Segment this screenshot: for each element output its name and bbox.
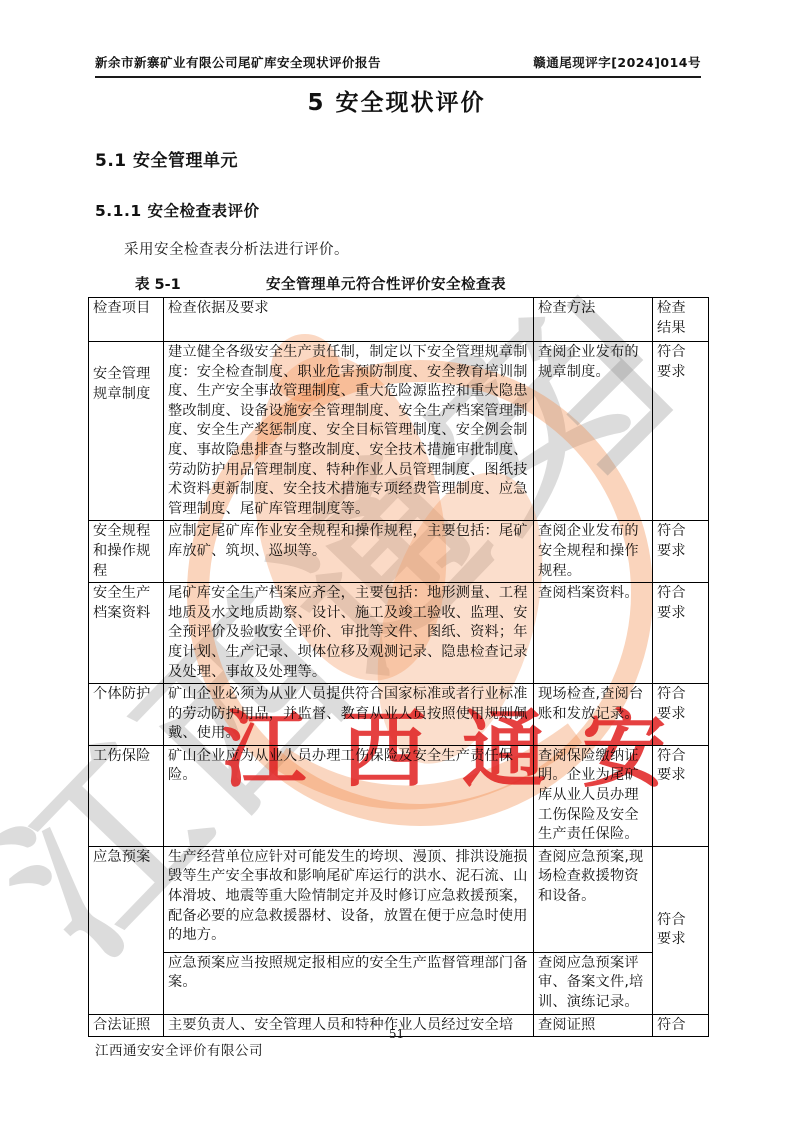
result-cell: 符合要求 <box>653 745 709 846</box>
col-header-requirement: 检查依据及要求 <box>164 298 534 342</box>
col-header-method: 检查方法 <box>534 298 653 342</box>
requirement-cell: 尾矿库安全生产档案应齐全，主要包括：地形测量、工程地质及水文地质勘察、设计、施工… <box>164 583 534 684</box>
method-cell: 现场检查,查阅台账和发放记录。 <box>534 684 653 746</box>
table-row: 安全规程和操作规程 应制定尾矿库作业安全规程和操作规程，主要包括：尾矿库放矿、筑… <box>89 521 709 583</box>
requirement-cell: 应急预案应当按照规定报相应的安全生产监督管理部门备案。 <box>164 952 534 1014</box>
result-cell: 符合要求 <box>653 583 709 684</box>
check-item-cell: 工伤保险 <box>89 745 164 846</box>
method-cell: 查阅档案资料。 <box>534 583 653 684</box>
requirement-cell: 矿山企业必须为从业人员提供符合国家标准或者行业标准的劳动防护用品，并监督、教育从… <box>164 684 534 746</box>
page-header: 新余市新寨矿业有限公司尾矿库安全现状评价报告 赣通尾现评字[2024]014号 <box>95 53 701 78</box>
table-row: 应急预案应当按照规定报相应的安全生产监督管理部门备案。 查阅应急预案评审、备案文… <box>89 952 709 1014</box>
col-header-result: 检查结果 <box>653 298 709 342</box>
check-item-cell: 安全管理规章制度 <box>89 342 164 521</box>
table-row: 个体防护 矿山企业必须为从业人员提供符合国家标准或者行业标准的劳动防护用品，并监… <box>89 684 709 746</box>
col-header-result-label: 检查结果 <box>657 299 690 338</box>
table-caption-title: 安全管理单元符合性评价安全检查表 <box>266 273 506 294</box>
result-cell: 符合要求 <box>653 846 709 1014</box>
table-row: 安全管理规章制度 建立健全各级安全生产责任制，制定以下安全管理规章制度：安全检查… <box>89 342 709 521</box>
method-cell: 查阅应急预案,现场检查救援物资和设备。 <box>534 846 653 952</box>
check-item-cell: 个体防护 <box>89 684 164 746</box>
requirement-cell: 建立健全各级安全生产责任制，制定以下安全管理规章制度：安全检查制度、职业危害预防… <box>164 342 534 521</box>
section-5-1-1-heading: 5.1.1 安全检查表评价 <box>95 199 260 221</box>
method-cell: 查阅保险缴纳证明。企业为尾矿库从业人员办理工伤保险及安全生产责任保险。 <box>534 745 653 846</box>
check-item-cell: 安全生产档案资料 <box>89 583 164 684</box>
method-cell: 查阅应急预案评审、备案文件,培训、演练记录。 <box>534 952 653 1014</box>
col-header-item: 检查项目 <box>89 298 164 342</box>
result-cell: 符合要求 <box>653 521 709 583</box>
result-cell: 符合要求 <box>653 684 709 746</box>
check-item-cell: 应急预案 <box>89 846 164 1014</box>
table-row: 应急预案 生产经营单位应针对可能发生的垮坝、漫顶、排洪设施损毁等生产安全事故和影… <box>89 846 709 952</box>
table-row: 安全生产档案资料 尾矿库安全生产档案应齐全，主要包括：地形测量、工程地质及水文地… <box>89 583 709 684</box>
header-doc-number: 赣通尾现评字[2024]014号 <box>533 53 701 71</box>
requirement-cell: 生产经营单位应针对可能发生的垮坝、漫顶、排洪设施损毁等生产安全事故和影响尾矿库运… <box>164 846 534 952</box>
intro-paragraph: 采用安全检查表分析法进行评价。 <box>95 238 707 259</box>
footer-company-name: 江西通安安全评价有限公司 <box>95 1039 263 1059</box>
method-cell: 查阅企业发布的规章制度。 <box>534 342 653 521</box>
result-cell: 符合要求 <box>653 342 709 521</box>
check-item-cell: 安全规程和操作规程 <box>89 521 164 583</box>
safety-checklist-table: 检查项目 检查依据及要求 检查方法 检查结果 安全管理规章制度 建立健全各级安全… <box>88 297 709 1037</box>
section-5-1-heading: 5.1 安全管理单元 <box>95 146 238 171</box>
table-caption-label: 表 5-1 <box>135 273 181 294</box>
requirement-cell: 应制定尾矿库作业安全规程和操作规程，主要包括：尾矿库放矿、筑坝、巡坝等。 <box>164 521 534 583</box>
document-page: 新余市新寨矿业有限公司尾矿库安全现状评价报告 赣通尾现评字[2024]014号 … <box>0 0 793 1122</box>
table-header-row: 检查项目 检查依据及要求 检查方法 检查结果 <box>89 298 709 342</box>
header-report-title: 新余市新寨矿业有限公司尾矿库安全现状评价报告 <box>95 53 381 71</box>
method-cell: 查阅企业发布的安全规程和操作规程。 <box>534 521 653 583</box>
table-row: 工伤保险 矿山企业应为从业人员办理工伤保险及安全生产责任保险。 查阅保险缴纳证明… <box>89 745 709 846</box>
table-caption: 表 5-1 安全管理单元符合性评价安全检查表 <box>88 273 708 295</box>
chapter-title: 5 安全现状评价 <box>0 84 793 117</box>
requirement-cell: 矿山企业应为从业人员办理工伤保险及安全生产责任保险。 <box>164 745 534 846</box>
